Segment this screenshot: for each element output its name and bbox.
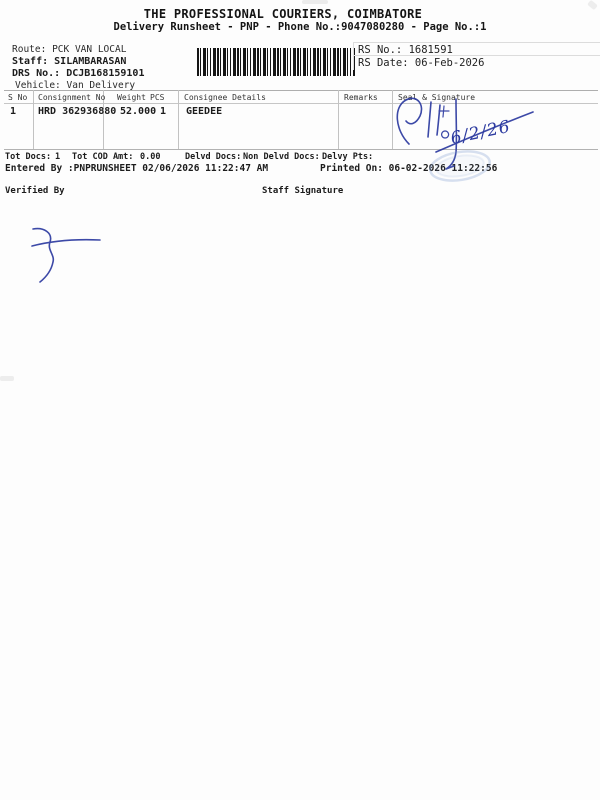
staff-signature-label: Staff Signature xyxy=(262,186,343,196)
drs-no-value: DCJB168159101 xyxy=(66,68,144,79)
table-top-border xyxy=(4,90,598,91)
column-header-consignment-no: Consignment No xyxy=(38,93,105,102)
drs-no-label: DRS No.: xyxy=(12,68,60,79)
scan-smudge xyxy=(0,376,14,381)
rs-date-field: RS Date: 06-Feb-2026 xyxy=(358,57,484,69)
table-header-border xyxy=(4,103,598,104)
staff-value: SILAMBARASAN xyxy=(54,56,126,67)
doc-title: THE PROFESSIONAL COURIERS, COIMBATORE xyxy=(0,7,566,21)
column-header-pcs: PCS xyxy=(150,93,164,102)
non-delvd-docs-label: Non Delvd Docs: xyxy=(243,152,320,162)
drs-no-field: DRS No.: DCJB168159101 xyxy=(12,68,144,79)
cell-s-no: 1 xyxy=(10,106,16,117)
seal-signature-stroke xyxy=(446,99,456,169)
column-header-seal-signature: Seal & Signature xyxy=(398,93,475,102)
table-column-divider xyxy=(178,90,179,149)
seal-signature-stroke xyxy=(437,105,440,135)
verified-by-label: Verified By xyxy=(5,186,65,196)
column-header-consignee-details: Consignee Details xyxy=(184,93,266,102)
handwritten-date: 6/2/26 xyxy=(449,117,513,149)
column-header-weight: Weight xyxy=(117,93,146,102)
rs-no-field: RS No.: 1681591 xyxy=(358,44,453,56)
table-column-divider xyxy=(392,90,393,149)
table-bottom-border xyxy=(4,149,598,150)
tot-cod-amt-label: Tot COD Amt: xyxy=(72,152,133,162)
table-column-divider xyxy=(338,90,339,149)
verifier-signature-stroke xyxy=(32,240,100,246)
printed-on-text: Printed On: 06-02-2026 11:22:56 xyxy=(320,163,497,174)
route-value: PCK VAN LOCAL xyxy=(52,44,126,55)
cell-weight: 52.000 xyxy=(120,106,156,117)
table-column-divider xyxy=(33,90,34,149)
scan-smudge xyxy=(587,0,598,10)
cell-pcs: 1 xyxy=(160,106,166,117)
seal-signature-stroke xyxy=(397,98,421,144)
route-field: Route: PCK VAN LOCAL xyxy=(12,44,126,55)
rs-no-value: 1681591 xyxy=(409,44,453,56)
barcode-icon xyxy=(197,48,355,76)
ink-overlay: 6/2/26 xyxy=(0,0,600,800)
rs-box-top-line xyxy=(353,42,600,43)
seal-signature-stroke xyxy=(428,102,431,137)
rs-date-value: 06-Feb-2026 xyxy=(415,57,485,69)
rs-box-left-line xyxy=(353,42,354,70)
seal-signature-stroke xyxy=(442,131,449,138)
staff-label: Staff: xyxy=(12,56,48,67)
cell-consignment-no: HRD 362936880 xyxy=(38,106,116,117)
staff-field: Staff: SILAMBARASAN xyxy=(12,56,126,67)
delvy-pts-label: Delvy Pts: xyxy=(322,152,373,162)
column-header-sno: S No xyxy=(8,93,27,102)
seal-signature-stroke xyxy=(439,106,449,117)
doc-subtitle: Delivery Runsheet - PNP - Phone No.:9047… xyxy=(0,21,600,33)
route-label: Route: xyxy=(12,44,46,55)
tot-docs-label: Tot Docs: xyxy=(5,152,51,162)
verifier-signature-stroke xyxy=(33,229,53,282)
tot-docs-value: 1 xyxy=(55,152,60,162)
rs-no-label: RS No.: xyxy=(358,44,402,56)
runsheet-scanned-page: THE PROFESSIONAL COURIERS, COIMBATORE De… xyxy=(0,0,600,800)
delvd-docs-label: Delvd Docs: xyxy=(185,152,241,162)
column-header-remarks: Remarks xyxy=(344,93,378,102)
entered-by-text: Entered By :PNPRUNSHEET 02/06/2026 11:22… xyxy=(5,163,268,174)
tot-cod-amt-value: 0.00 xyxy=(140,152,160,162)
rs-date-label: RS Date: xyxy=(358,57,409,69)
scan-smudge xyxy=(302,0,328,4)
seal-signature-stroke xyxy=(436,112,533,152)
cell-consignee: GEEDEE xyxy=(186,106,222,117)
